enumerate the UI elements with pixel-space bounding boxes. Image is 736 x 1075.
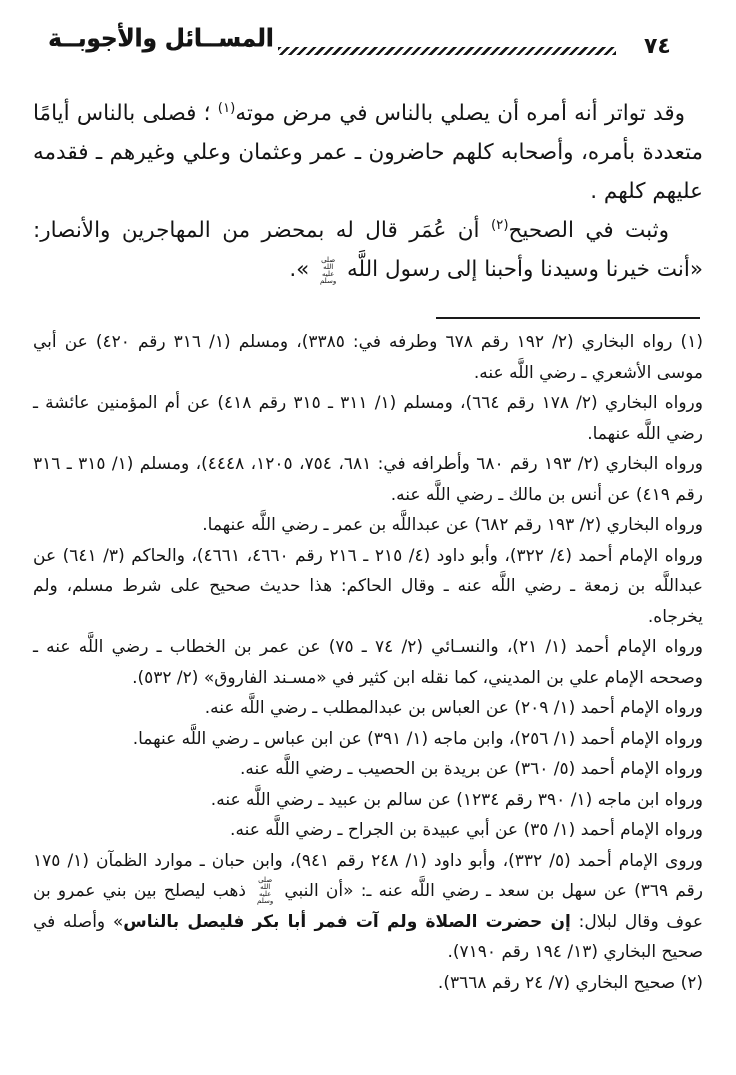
body-paragraph: وقد تواتر أنه أمره أن يصلي بالناس في مرض… xyxy=(33,94,703,211)
footnote-citation: (٢) صحيح البخاري (٧/ ٢٤ رقم ٣٦٦٨). xyxy=(33,968,703,999)
footnote-citation: ورواه البخاري (٢/ ١٩٣ رقم ٦٨٢) عن عبدالل… xyxy=(33,510,703,541)
text-run: (٢) صحيح البخاري (٧/ ٢٤ رقم ٣٦٦٨). xyxy=(438,973,703,993)
footnote-citation: (١) رواه البخاري (٢/ ١٩٢ رقم ٦٧٨ وطرفه ف… xyxy=(33,327,703,388)
text-run: ورواه الإمام أحمد (١/ ٣٥) عن أبي عبيدة ب… xyxy=(230,820,703,840)
hatched-divider-rule xyxy=(278,47,616,55)
text-run: ورواه الإمام أحمد (٤/ ٣٢٢)، وأبو داود (٤… xyxy=(33,546,703,627)
footnote-marker: (١) xyxy=(218,101,236,116)
text-run: ورواه البخاري (٢/ ١٩٣ رقم ٦٨٠ وأطرافه في… xyxy=(33,454,703,505)
text-run: ورواه الإمام أحمد (١/ ٢١)، والنسـائي (٢/… xyxy=(33,637,703,688)
page-header: المســائل والأجوبــة ٧٤ xyxy=(0,0,736,96)
page-number: ٧٤ xyxy=(644,34,671,59)
book-page: المســائل والأجوبــة ٧٤ وقد تواتر أنه أم… xyxy=(0,0,736,1075)
footnote-citation: وروى الإمام أحمد (٥/ ٣٣٢)، وأبو داود (١/… xyxy=(33,846,703,968)
book-title: المســائل والأجوبــة xyxy=(48,25,274,53)
text-run: وقد تواتر أنه أمره أن يصلي بالناس في مرض… xyxy=(235,101,685,126)
sallallahu-alayhi-wasallam-ligature: صلى الله عليه وسلم xyxy=(253,877,277,905)
footnote-citation: ورواه الإمام أحمد (٥/ ٣٦٠) عن بريدة بن ا… xyxy=(33,754,703,785)
text-run: ورواه الإمام أحمد (١/ ٢٠٩) عن العباس بن … xyxy=(205,698,703,718)
footnotes-section: (١) رواه البخاري (٢/ ١٩٢ رقم ٦٧٨ وطرفه ف… xyxy=(33,327,703,998)
text-run: ورواه البخاري (٢/ ١٩٣ رقم ٦٨٢) عن عبدالل… xyxy=(202,515,703,535)
text-run: وثبت في الصحيح xyxy=(509,218,669,243)
footnote-separator xyxy=(436,317,700,319)
footnote-citation: ورواه ابن ماجه (١/ ٣٩٠ رقم ١٢٣٤) عن سالم… xyxy=(33,785,703,816)
main-text: وقد تواتر أنه أمره أن يصلي بالناس في مرض… xyxy=(33,94,703,289)
bold-text-run: إن حضرت الصلاة ولم آت فمر أبا بكر فليصل … xyxy=(123,912,571,932)
footnote-marker: (٢) xyxy=(491,218,509,233)
body-paragraph: وثبت في الصحيح(٢) أن عُمَر قال له بمحضر … xyxy=(33,211,703,289)
text-run: ورواه البخاري (٢/ ١٧٨ رقم ٦٦٤)، ومسلم (١… xyxy=(33,393,703,444)
text-run: (١) رواه البخاري (٢/ ١٩٢ رقم ٦٧٨ وطرفه ف… xyxy=(33,332,703,383)
footnote-citation: ورواه الإمام أحمد (١/ ٣٥) عن أبي عبيدة ب… xyxy=(33,815,703,846)
text-run: ». xyxy=(289,257,316,282)
footnote-citation: ورواه الإمام أحمد (١/ ٢٠٩) عن العباس بن … xyxy=(33,693,703,724)
sallallahu-alayhi-wasallam-ligature: صلى الله عليه وسلم xyxy=(316,257,340,285)
footnote-citation: ورواه البخاري (٢/ ١٩٣ رقم ٦٨٠ وأطرافه في… xyxy=(33,449,703,510)
text-run: ورواه الإمام أحمد (١/ ٢٥٦)، وابن ماجه (١… xyxy=(133,729,703,749)
footnote-citation: ورواه الإمام أحمد (٤/ ٣٢٢)، وأبو داود (٤… xyxy=(33,541,703,633)
text-run: ورواه ابن ماجه (١/ ٣٩٠ رقم ١٢٣٤) عن سالم… xyxy=(211,790,703,810)
footnote-citation: ورواه الإمام أحمد (١/ ٢١)، والنسـائي (٢/… xyxy=(33,632,703,693)
footnote-citation: ورواه البخاري (٢/ ١٧٨ رقم ٦٦٤)، ومسلم (١… xyxy=(33,388,703,449)
text-run: ورواه الإمام أحمد (٥/ ٣٦٠) عن بريدة بن ا… xyxy=(240,759,703,779)
footnote-citation: ورواه الإمام أحمد (١/ ٢٥٦)، وابن ماجه (١… xyxy=(33,724,703,755)
